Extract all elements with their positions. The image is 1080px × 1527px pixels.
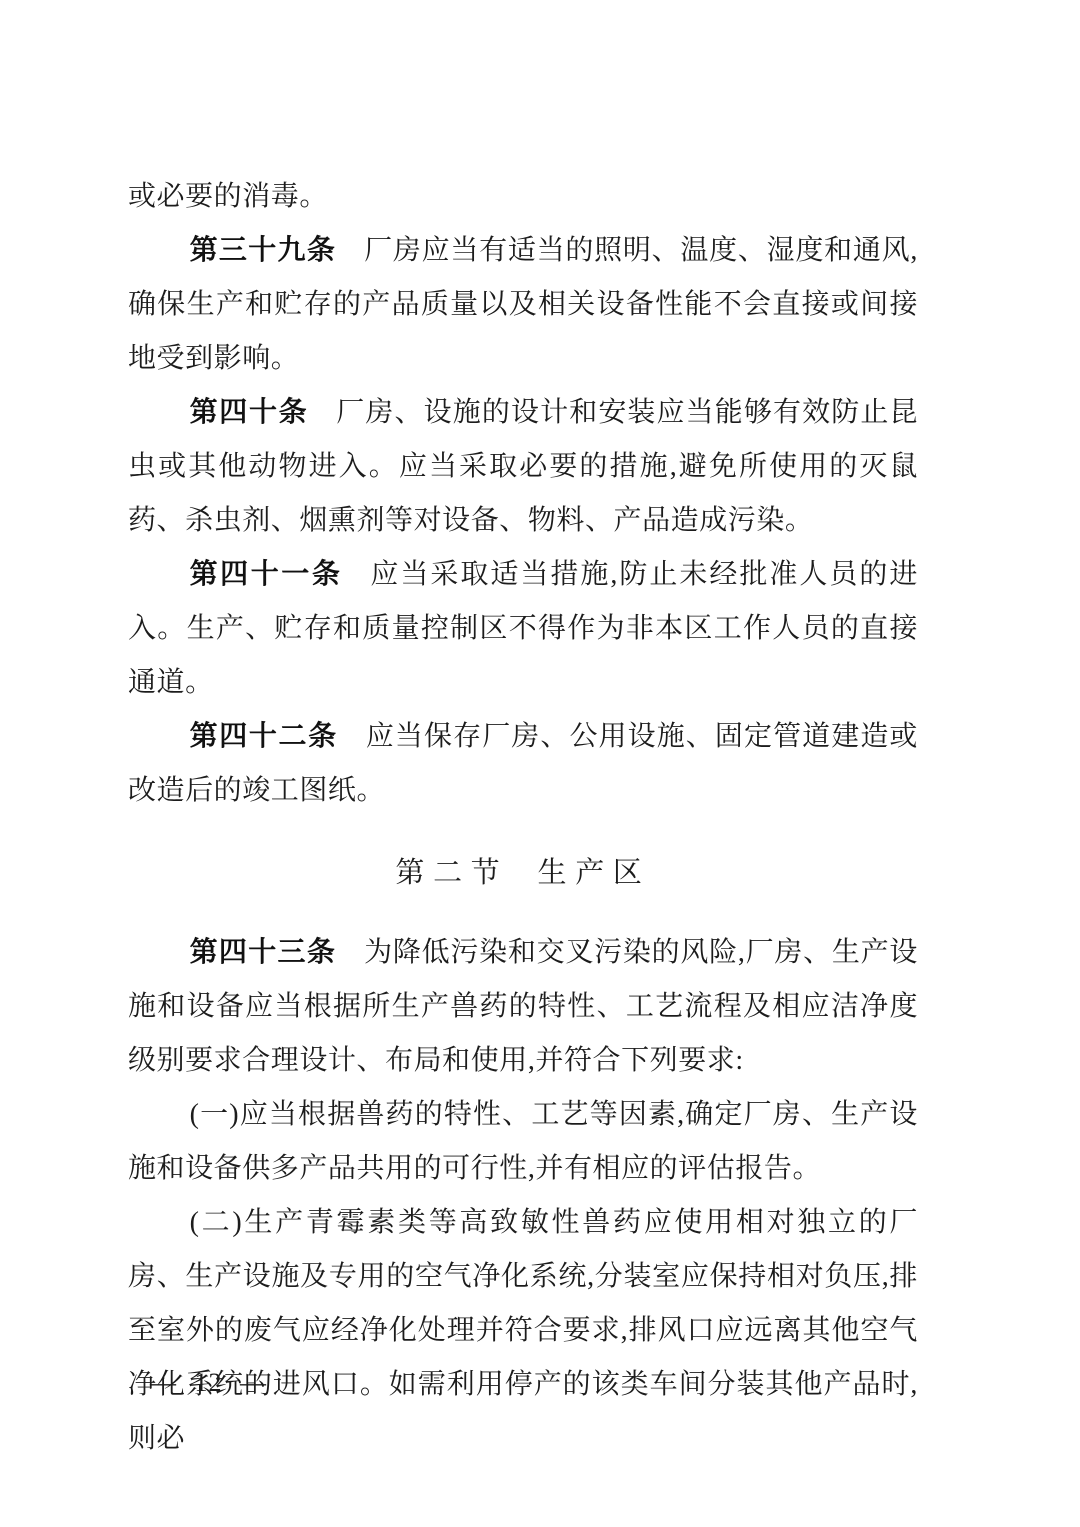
article-paragraph: 第四十一条应当采取适当措施,防止未经批准人员的进入。生产、贮存和质量控制区不得作… bbox=[128, 548, 918, 710]
list-item-paragraph: (二)生产青霉素类等高致敏性兽药应使用相对独立的厂房、生产设施及专用的空气净化系… bbox=[128, 1196, 918, 1466]
article-number: 第四十二条 bbox=[190, 721, 338, 752]
section-heading-number: 第二节 bbox=[395, 857, 508, 889]
paragraph-list: 或必要的消毒。第三十九条厂房应当有适当的照明、温度、湿度和通风,确保生产和贮存的… bbox=[128, 170, 918, 1466]
article-number: 第三十九条 bbox=[190, 235, 337, 266]
article-paragraph: 第四十三条为降低污染和交叉污染的风险,厂房、生产设施和设备应当根据所生产兽药的特… bbox=[128, 926, 918, 1088]
page-number: — 12 — bbox=[150, 1368, 267, 1397]
paragraph-text: 或必要的消毒。 bbox=[128, 181, 328, 212]
continuation-paragraph: 或必要的消毒。 bbox=[128, 170, 918, 224]
paragraph-text: (二)生产青霉素类等高致敏性兽药应使用相对独立的厂房、生产设施及专用的空气净化系… bbox=[128, 1207, 918, 1454]
article-paragraph: 第四十条厂房、设施的设计和安装应当能够有效防止昆虫或其他动物进入。应当采取必要的… bbox=[128, 386, 918, 548]
article-paragraph: 第三十九条厂房应当有适当的照明、温度、湿度和通风,确保生产和贮存的产品质量以及相… bbox=[128, 224, 918, 386]
article-number: 第四十条 bbox=[190, 397, 309, 428]
list-item-paragraph: (一)应当根据兽药的特性、工艺等因素,确定厂房、生产设施和设备供多产品共用的可行… bbox=[128, 1088, 918, 1196]
article-number: 第四十一条 bbox=[190, 559, 343, 590]
paragraph-text: (一)应当根据兽药的特性、工艺等因素,确定厂房、生产设施和设备供多产品共用的可行… bbox=[128, 1099, 918, 1184]
article-paragraph: 第四十二条应当保存厂房、公用设施、固定管道建造或改造后的竣工图纸。 bbox=[128, 710, 918, 818]
page-footer: — 12 — bbox=[150, 1366, 267, 1400]
article-number: 第四十三条 bbox=[190, 937, 337, 968]
document-content: 或必要的消毒。第三十九条厂房应当有适当的照明、温度、湿度和通风,确保生产和贮存的… bbox=[128, 170, 918, 1466]
section-heading: 第二节生产区 bbox=[128, 846, 918, 900]
section-heading-title: 生产区 bbox=[538, 857, 651, 889]
document-page: 或必要的消毒。第三十九条厂房应当有适当的照明、温度、湿度和通风,确保生产和贮存的… bbox=[0, 0, 1080, 1527]
